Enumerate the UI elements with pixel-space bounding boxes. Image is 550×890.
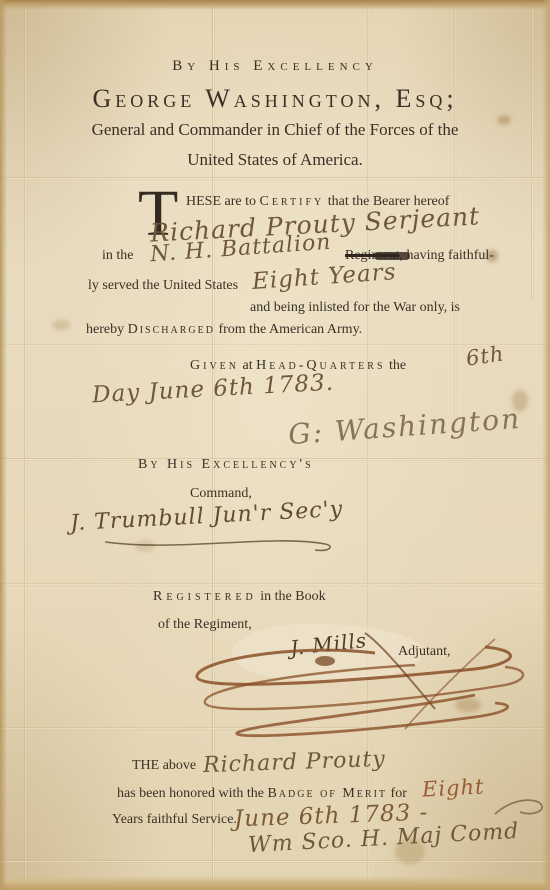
header-george-washington: George Washington, Esq;: [0, 84, 550, 114]
fold-crease-horizontal-4: [0, 583, 550, 586]
torn-top-edge: [0, 0, 550, 10]
at-word: at: [243, 358, 253, 373]
in-the-book: in the Book: [257, 589, 326, 604]
registered-line: Registered in the Book: [153, 589, 326, 605]
header-title-line2: United States of America.: [0, 150, 550, 170]
day-number-handwritten: 6th: [465, 341, 506, 370]
honored-line: has been honored with the Badge of Merit…: [117, 786, 407, 802]
certify-pre: HESE are to: [186, 194, 259, 209]
discharged-word: Discharged: [128, 322, 215, 337]
hereby: hereby: [86, 322, 128, 337]
faithful-service-line: Years faithful Service.: [112, 812, 237, 828]
honored-post: for: [387, 786, 407, 801]
by-his-excellencys: By His Excellency's: [138, 457, 314, 473]
fold-crease-horizontal-6: [0, 860, 550, 863]
years-badge-handwritten: Eight: [421, 774, 485, 801]
soldier-name-badge-handwritten: Richard Prouty: [203, 747, 387, 778]
stain: [52, 320, 70, 330]
mills-signature: J. Mills: [289, 628, 368, 660]
fold-crease-horizontal-1: [0, 177, 550, 180]
header-by-his-excellency: By His Excellency: [0, 58, 550, 75]
header-title-line1: General and Commander in Chief of the Fo…: [0, 120, 550, 140]
command-label: Command,: [190, 486, 252, 502]
the-word: the: [389, 358, 406, 373]
trumbull-signature: J. Trumbull Jun'r Sec'y: [70, 497, 344, 536]
torn-bottom-edge: [0, 876, 550, 890]
inlisted-line: and being inlisted for the War only, is: [250, 300, 460, 316]
in-the-label: in the: [102, 248, 134, 264]
given-word: Given: [190, 358, 239, 373]
having-faithful: , having faithful-: [399, 248, 493, 263]
adjutant-label: Adjutant,: [398, 644, 451, 660]
honored-pre: has been honored with the: [117, 786, 267, 801]
discharge-certificate-document: By His Excellency George Washington, Esq…: [0, 0, 550, 890]
from-army: from the American Army.: [215, 322, 362, 337]
discharged-line: hereby Discharged from the American Army…: [86, 322, 362, 338]
served-line: ly served the United States: [88, 278, 238, 294]
registered-word: Registered: [153, 589, 257, 604]
signature-flourish-right: [490, 792, 550, 822]
signature-underline-flourish: [100, 530, 340, 560]
badge-of-merit-words: Badge of Merit: [267, 786, 387, 801]
fold-crease-horizontal-5: [0, 727, 550, 730]
certify-word: Certify: [259, 194, 324, 209]
stain: [135, 540, 155, 552]
washington-signature: G: Washington: [287, 402, 522, 451]
of-the-regiment: of the Regiment,: [158, 617, 252, 633]
by-his-text: By His Excellency's: [138, 457, 314, 472]
date-handwritten: Day June 6th 1783.: [91, 370, 334, 409]
years-served-handwritten: Eight Years: [251, 259, 397, 295]
the-above-label: THE above: [132, 758, 196, 774]
stain: [455, 698, 481, 712]
